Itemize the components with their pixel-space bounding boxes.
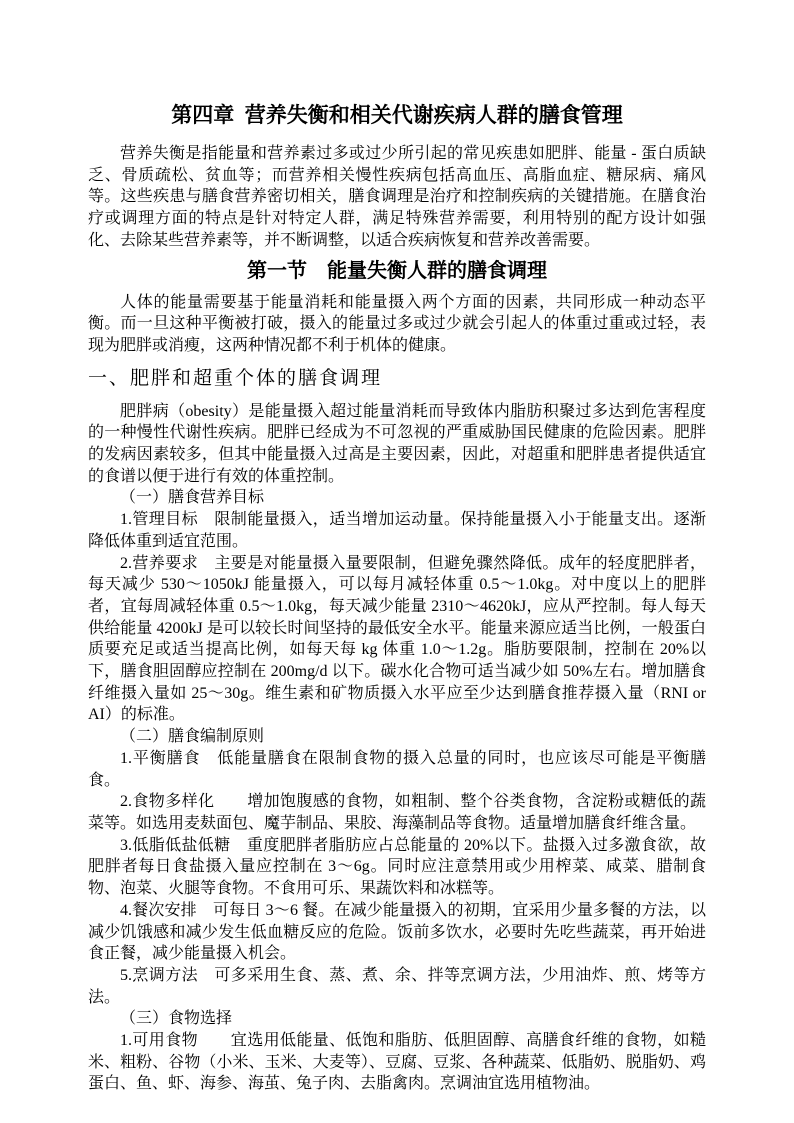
principle-heading: （二）膳食编制原则 xyxy=(88,726,706,748)
section-title: 第一节 能量失衡人群的膳食调理 xyxy=(88,257,706,285)
principle-item-4: 4.餐次安排 可每日 3～6 餐。在减少能量摄入的初期，宜采用少量多餐的方法，以… xyxy=(88,900,706,965)
food-heading: （三）食物选择 xyxy=(88,1008,706,1030)
principle-item-2: 2.食物多样化 增加饱腹感的食物，如粗制、整个谷类食物，含淀粉或糖低的蔬菜等。如… xyxy=(88,791,706,834)
principle-item-3: 3.低脂低盐低糖 重度肥胖者脂肪应占总能量的 20%以下。盐摄入过多激食欲，故肥… xyxy=(88,835,706,900)
principle-item-1: 1.平衡膳食 低能量膳食在限制食物的摄入总量的同时，也应该尽可能是平衡膳食。 xyxy=(88,748,706,791)
subsection-intro-paragraph: 肥胖病（obesity）是能量摄入超过能量消耗而导致体内脂肪积聚过多达到危害程度… xyxy=(88,401,706,488)
document-page: 第四章 营养失衡和相关代谢疾病人群的膳食管理 营养失衡是指能量和营养素过多或过少… xyxy=(0,0,794,1123)
subsection-title: 一、肥胖和超重个体的膳食调理 xyxy=(88,366,706,392)
goal-item-2: 2.营养要求 主要是对能量摄入量要限制，但避免骤然降低。成年的轻度肥胖者，每天减… xyxy=(88,553,706,727)
goal-heading: （一）膳食营养目标 xyxy=(88,487,706,509)
goal-item-1: 1.管理目标 限制能量摄入，适当增加运动量。保持能量摄入小于能量支出。逐渐降低体… xyxy=(88,509,706,552)
chapter-intro-paragraph: 营养失衡是指能量和营养素过多或过少所引起的常见疾患如肥胖、能量 - 蛋白质缺乏、… xyxy=(88,143,706,252)
section-intro-paragraph: 人体的能量需要基于能量消耗和能量摄入两个方面的因素，共同形成一种动态平衡。而一旦… xyxy=(88,292,706,357)
food-item-1: 1.可用食物 宜选用低能量、低饱和脂肪、低胆固醇、高膳食纤维的食物，如糙米、粗粉… xyxy=(88,1030,706,1095)
principle-item-5: 5.烹调方法 可多采用生食、蒸、煮、余、拌等烹调方法，少用油炸、煎、烤等方法。 xyxy=(88,965,706,1008)
chapter-title: 第四章 营养失衡和相关代谢疾病人群的膳食管理 xyxy=(88,100,706,130)
